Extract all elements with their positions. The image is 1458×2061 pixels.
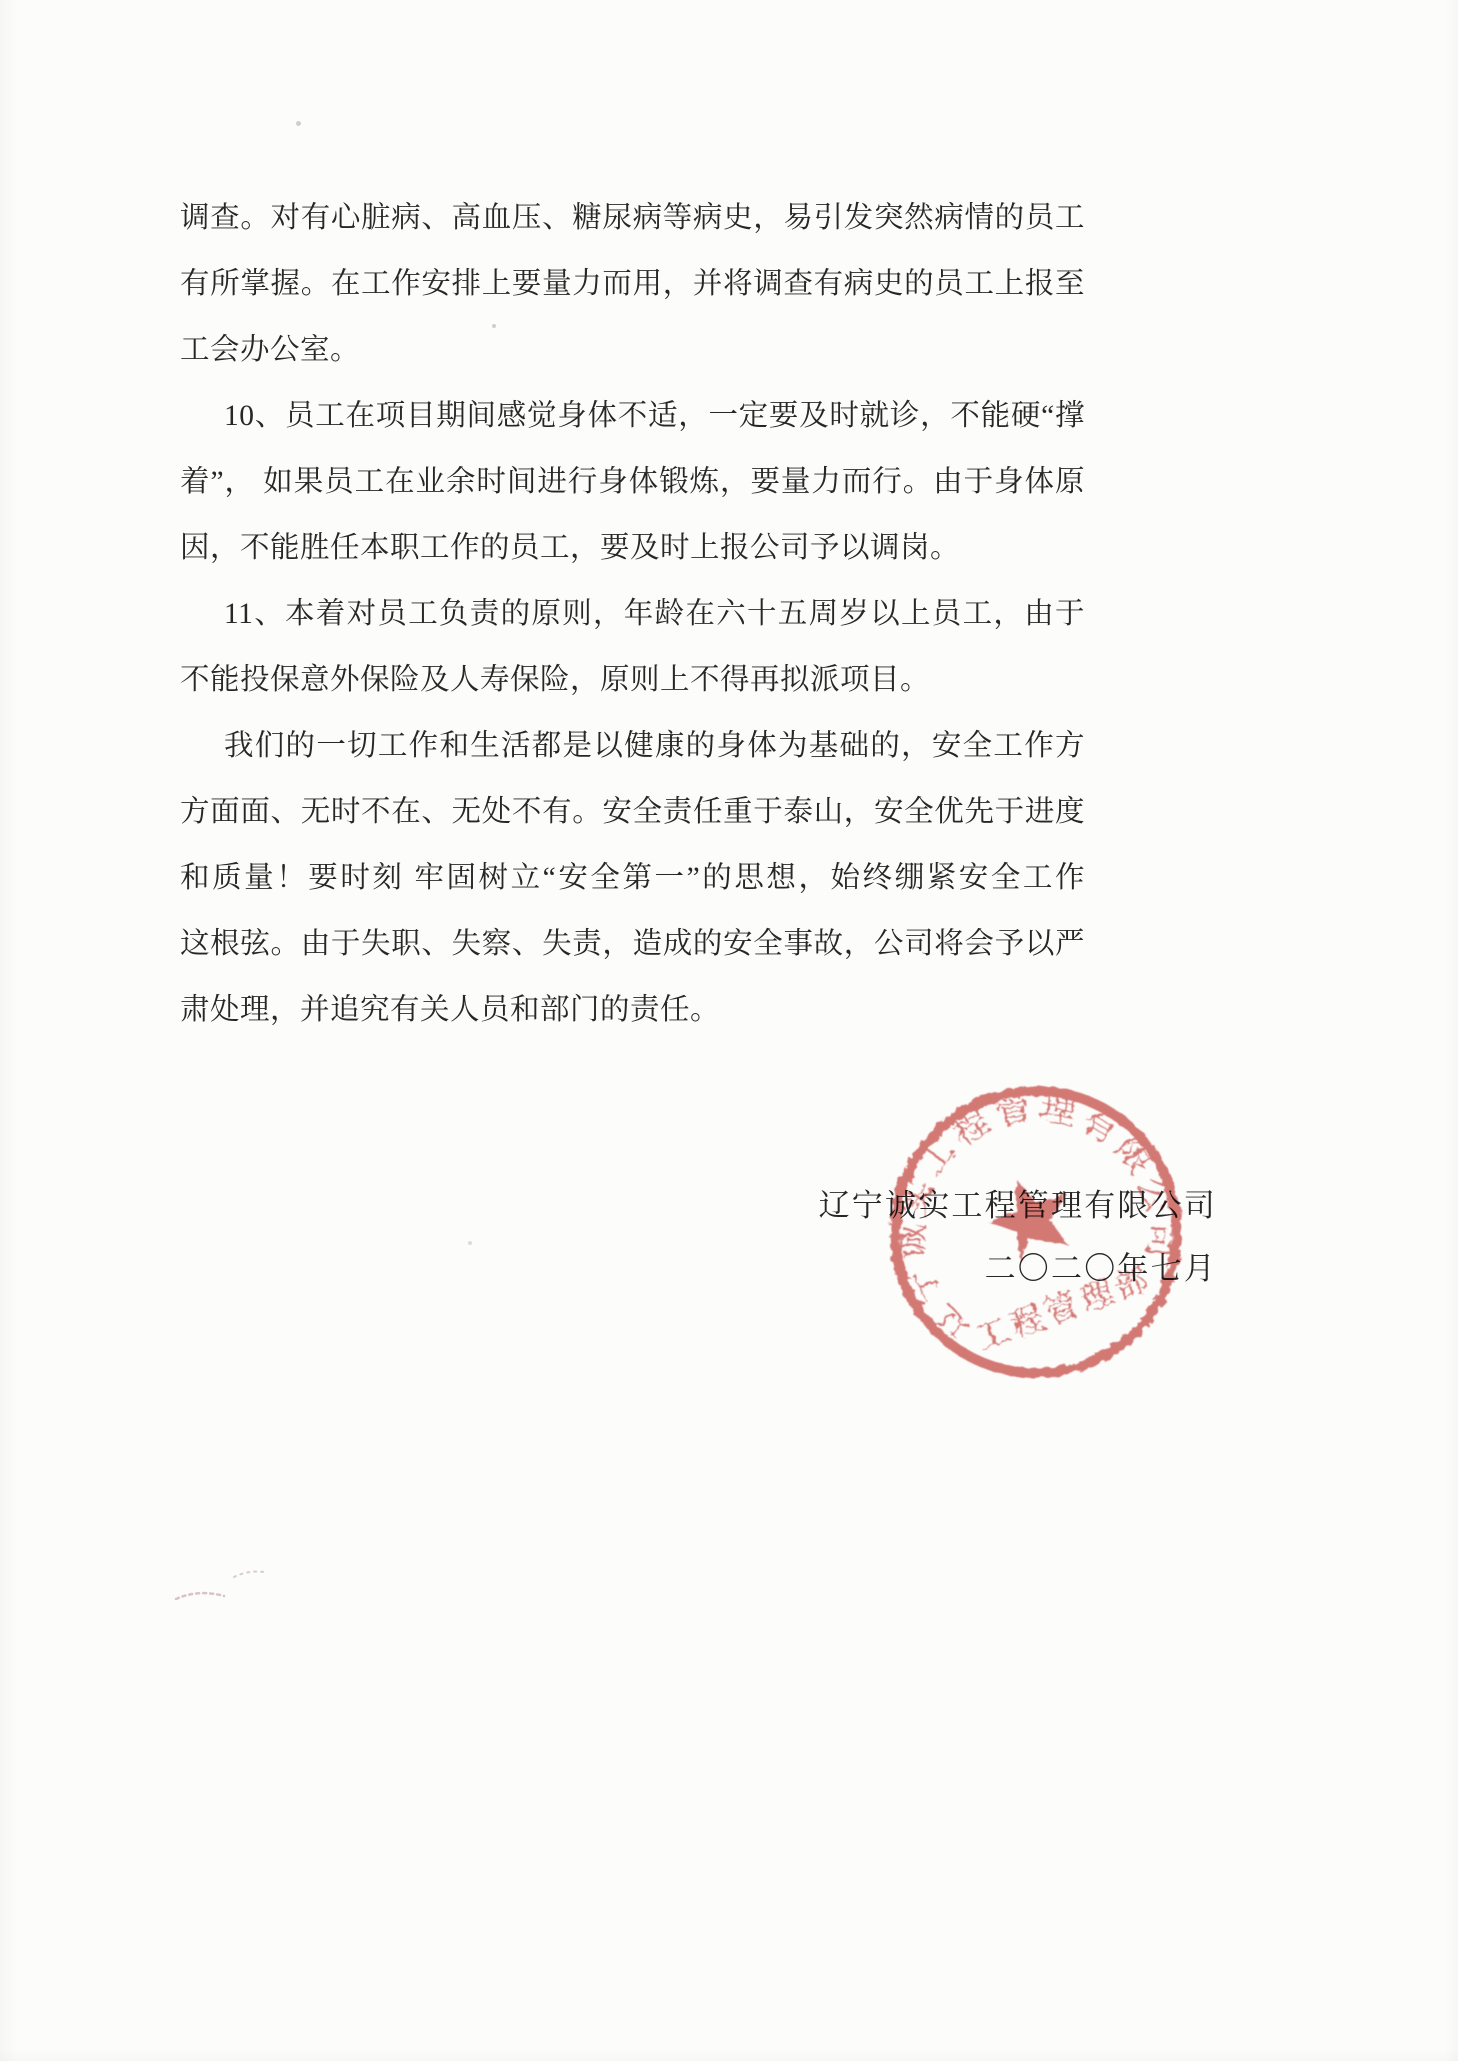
company-seal-stamp: 辽宁诚实工程管理有限公司 工程管理部 (871, 1067, 1201, 1397)
document-body: 调查。对有心脏病、高血压、糖尿病等病史，易引发突然病情的员工有所掌握。在工作安排… (180, 185, 1085, 1043)
text-line: 工会办公室。 (180, 317, 1085, 383)
seal-star-icon (978, 1165, 1084, 1268)
text-line: 不能投保意外保险及人寿保险，原则上不得再拟派项目。 (180, 647, 1085, 713)
seal-graphic: 辽宁诚实工程管理有限公司 工程管理部 (871, 1067, 1201, 1397)
scan-speck (492, 324, 496, 328)
text-line: 这根弦。由于失职、失察、失责，造成的安全事故，公司将会予以严 (180, 911, 1085, 977)
text-line: 因，不能胜任本职工作的员工，要及时上报公司予以调岗。 (180, 515, 1085, 581)
text-line: 着”， 如果员工在业余时间进行身体锻炼，要量力而行。由于身体原 (180, 449, 1085, 515)
scanned-document-page: 调查。对有心脏病、高血压、糖尿病等病史，易引发突然病情的员工有所掌握。在工作安排… (0, 0, 1458, 2061)
text-line: 方面面、无时不在、无处不有。安全责任重于泰山，安全优先于进度 (180, 779, 1085, 845)
scan-speck (296, 121, 301, 126)
text-line: 11、本着对员工负责的原则，年龄在六十五周岁以上员工，由于 (180, 581, 1085, 647)
text-line: 有所掌握。在工作安排上要量力而用，并将调查有病史的员工上报至 (180, 251, 1085, 317)
text-line: 10、员工在项目期间感觉身体不适，一定要及时就诊，不能硬“撑 (180, 383, 1085, 449)
text-line: 我们的一切工作和生活都是以健康的身体为基础的，安全工作方 (180, 713, 1085, 779)
text-line: 和质量！要时刻 牢固树立“安全第一”的思想，始终绷紧安全工作 (180, 845, 1085, 911)
text-line: 调查。对有心脏病、高血压、糖尿病等病史，易引发突然病情的员工 (180, 185, 1085, 251)
smudge-mark (170, 1555, 290, 1615)
text-line: 肃处理，并追究有关人员和部门的责任。 (180, 977, 1085, 1043)
scan-speck (468, 1241, 472, 1245)
